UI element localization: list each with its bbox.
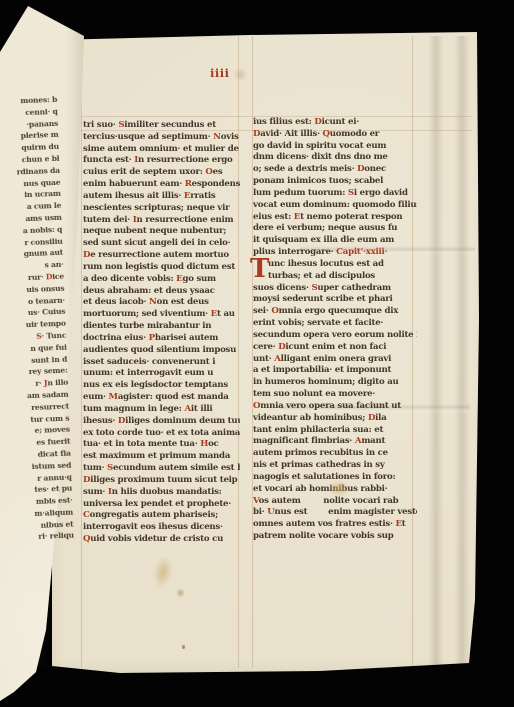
text-line: it quisquam ex illa die eum am [253,235,417,247]
text-segment: U [267,507,274,517]
parchment-flaw [328,480,350,497]
text-line: moysi sederunt scribe et phari [253,294,417,306]
text-line: patrem nolite vocare vobis sup [253,531,417,543]
text-column-left: tri suo· Similiter secundus ettercius·us… [83,120,240,546]
text-line: tutem dei· In resurrectione enim [83,215,240,227]
text-line: deus abraham: et deus ysaac [83,286,240,298]
text-line: eum· Magister: quod est manda [83,392,240,404]
text-line: functa est· In resurrectione ergo [83,155,240,167]
text-segment: S [118,120,124,130]
text-line: dnm dicens· dixit dns dno me [253,152,417,164]
text-segment: R [185,179,192,189]
text-line: unt· Alligant enim onera gravi [253,354,417,366]
text-line: sum· In hiis duobus mandatis: [83,487,240,499]
text-segment: D [368,413,375,423]
text-segment: D [278,342,285,352]
text-line: ius filius est: Dicunt ei· [253,117,417,129]
text-line: lum pedum tuorum: Si ergo david [253,188,417,200]
text-segment: H [200,439,208,449]
text-line: tum magnum in lege: Ait illi [83,404,240,416]
text-line: videantur ab hominibus; Dila [253,413,417,425]
parchment-hole-gap [303,502,323,503]
text-line: Diliges proximum tuum sicut teip [83,475,240,487]
text-line: universa lex pendet et prophete· [83,499,240,511]
text-line: ihesus· Diliges dominum deum tuum [83,416,240,428]
text-line: vocat eum dominum: quomodo filius [253,200,417,212]
text-segment: D [83,475,90,485]
text-segment: Q [323,129,330,139]
text-line: nis et primas cathedras in sy [253,460,417,472]
faded-mark [234,68,247,81]
text-line: ri· reliqu [17,530,74,544]
text-segment: E [294,212,300,222]
text-line: tri suo· Similiter secundus et [83,120,240,132]
text-segment: S [348,188,354,198]
text-line: plius interrogare· Capit'·xxiii· [253,247,417,259]
text-line: unum: et interrogavit eum u [83,368,240,380]
text-line: sed sunt sicut angeli dei in celo· [83,238,240,250]
text-line: dientes turbe mirabantur in [83,321,240,333]
text-line: ex toto corde tuo· et ex tota anima [83,428,240,440]
text-line: neque nubent neque nubentur; [83,226,240,238]
text-line: enim habuerunt eam· Respondens [83,179,240,191]
text-line: magnificant fimbrias· Amant [253,436,417,448]
text-segment: N [213,132,221,142]
text-segment: A [274,354,280,364]
photo-background: iiii tri suo· Similiter secundus etterci… [0,0,514,707]
text-segment: P [149,333,155,343]
text-line: tant enim philacteria sua: et [253,425,417,437]
text-segment: V [253,496,259,506]
text-line: cere· Dicunt enim et non faci [253,342,417,354]
text-line: ponam inimicos tuos; scabel [253,176,417,188]
text-line: autem ihesus ait illis· Erratis [83,191,240,203]
speck [182,645,185,649]
chapter-rubric: Capit'·xxiii· [336,247,387,257]
text-segment: O [253,401,260,411]
text-segment: D [253,129,260,139]
stain [151,554,175,589]
text-line: erint vobis; servate et facite· [253,318,417,330]
text-line: unc ihesus locutus est ad [253,259,417,271]
text-column-right: ius filius est: Dicunt ei·David· Ait ill… [253,117,417,543]
text-line: De resurrectione autem mortuo [83,250,240,262]
text-line: nus ex eis legisdoctor temptans [83,380,240,392]
text-line: Vos autem nolite vocari rab [253,496,417,508]
text-segment: D [357,164,364,174]
text-line: et deus iacob· Non est deus [83,297,240,309]
parchment-hole-gap [310,513,328,514]
text-segment: O [271,306,278,316]
text-segment: S [311,283,317,293]
text-line: tercius·usque ad septimum· Novis [83,132,240,144]
text-line: sei· Omnia ergo quecumque dix [253,306,417,318]
text-line: dere ei verbum; neque ausus fu [253,223,417,235]
text-segment: D [46,272,53,281]
text-segment: I [134,155,138,165]
text-segment: M [109,392,118,402]
text-line: isset saduceis· convenerunt i [83,357,240,369]
text-line: David· Ait illis· Quomodo er [253,129,417,141]
text-line: audientes quod silentium imposu [83,345,240,357]
text-segment: Q [83,534,90,544]
text-segment: D [83,250,90,260]
text-line: Quid vobis videtur de cristo cu [83,534,240,546]
text-line: cuius erit de septem uxor: Oes [83,167,240,179]
text-segment: J [44,379,48,388]
text-segment: D [118,416,125,426]
text-line: eius est: Et nemo poterat respon [253,212,417,224]
text-line: a et importabilia· et imponunt [253,365,417,377]
initial-T: T [250,257,269,281]
text-line: o; sede a dextris meis· Donec [253,164,417,176]
text-segment: A [355,436,361,446]
text-segment: E [395,519,401,529]
text-segment: E [211,309,217,319]
text-line: sime autem omnium· et mulier de [83,144,240,156]
text-segment: S [107,463,113,473]
text-line: interrogavit eos ihesus dicens· [83,522,240,534]
text-segment: C [83,510,90,520]
text-segment: I [108,487,112,497]
text-line: tua· et in tota mente tua· Hoc [83,439,240,451]
text-line: tem suo nolunt ea movere· [253,389,417,401]
text-line: suos dicens· Super cathedram [253,283,417,295]
text-line: doctrina eius· Pharisei autem [83,333,240,345]
text-segment: S [36,332,42,341]
text-segment: E [184,191,190,201]
text-segment: E [176,274,182,284]
text-line: est maximum et primum manda [83,451,240,463]
text-line: Omnia vero opera sua faciunt ut [253,401,417,413]
text-line: mortuorum; sed viventium· Et au [83,309,240,321]
text-line: rum non legistis quod dictum est [83,262,240,274]
text-line: secundum opera vero eorum nolite fa [253,330,417,342]
text-line: turbas; et ad discipulos [253,271,417,283]
text-line: autem primos recubitus in ce [253,448,417,460]
text-segment: A [184,404,190,414]
text-line: Congregatis autem phariseis; [83,510,240,522]
text-line: bi· Unus est enim magister vester: [253,507,417,519]
text-segment: O [205,167,212,177]
text-line: omnes autem vos fratres estis· Et [253,519,417,531]
text-line: nescientes scripturas; neque vir [83,203,240,215]
text-segment: D [314,117,321,127]
text-line: tum· Secundum autem simile est huic· [83,463,240,475]
folio-number: iiii [210,66,229,80]
text-segment: I [133,215,137,225]
text-line: in humeros hominum; digito au [253,377,417,389]
text-line: go david in spiritu vocat eum [253,141,417,153]
text-segment: N [149,297,157,307]
text-line: a deo dicente vobis: Ego sum [83,274,240,286]
stain [176,588,185,598]
